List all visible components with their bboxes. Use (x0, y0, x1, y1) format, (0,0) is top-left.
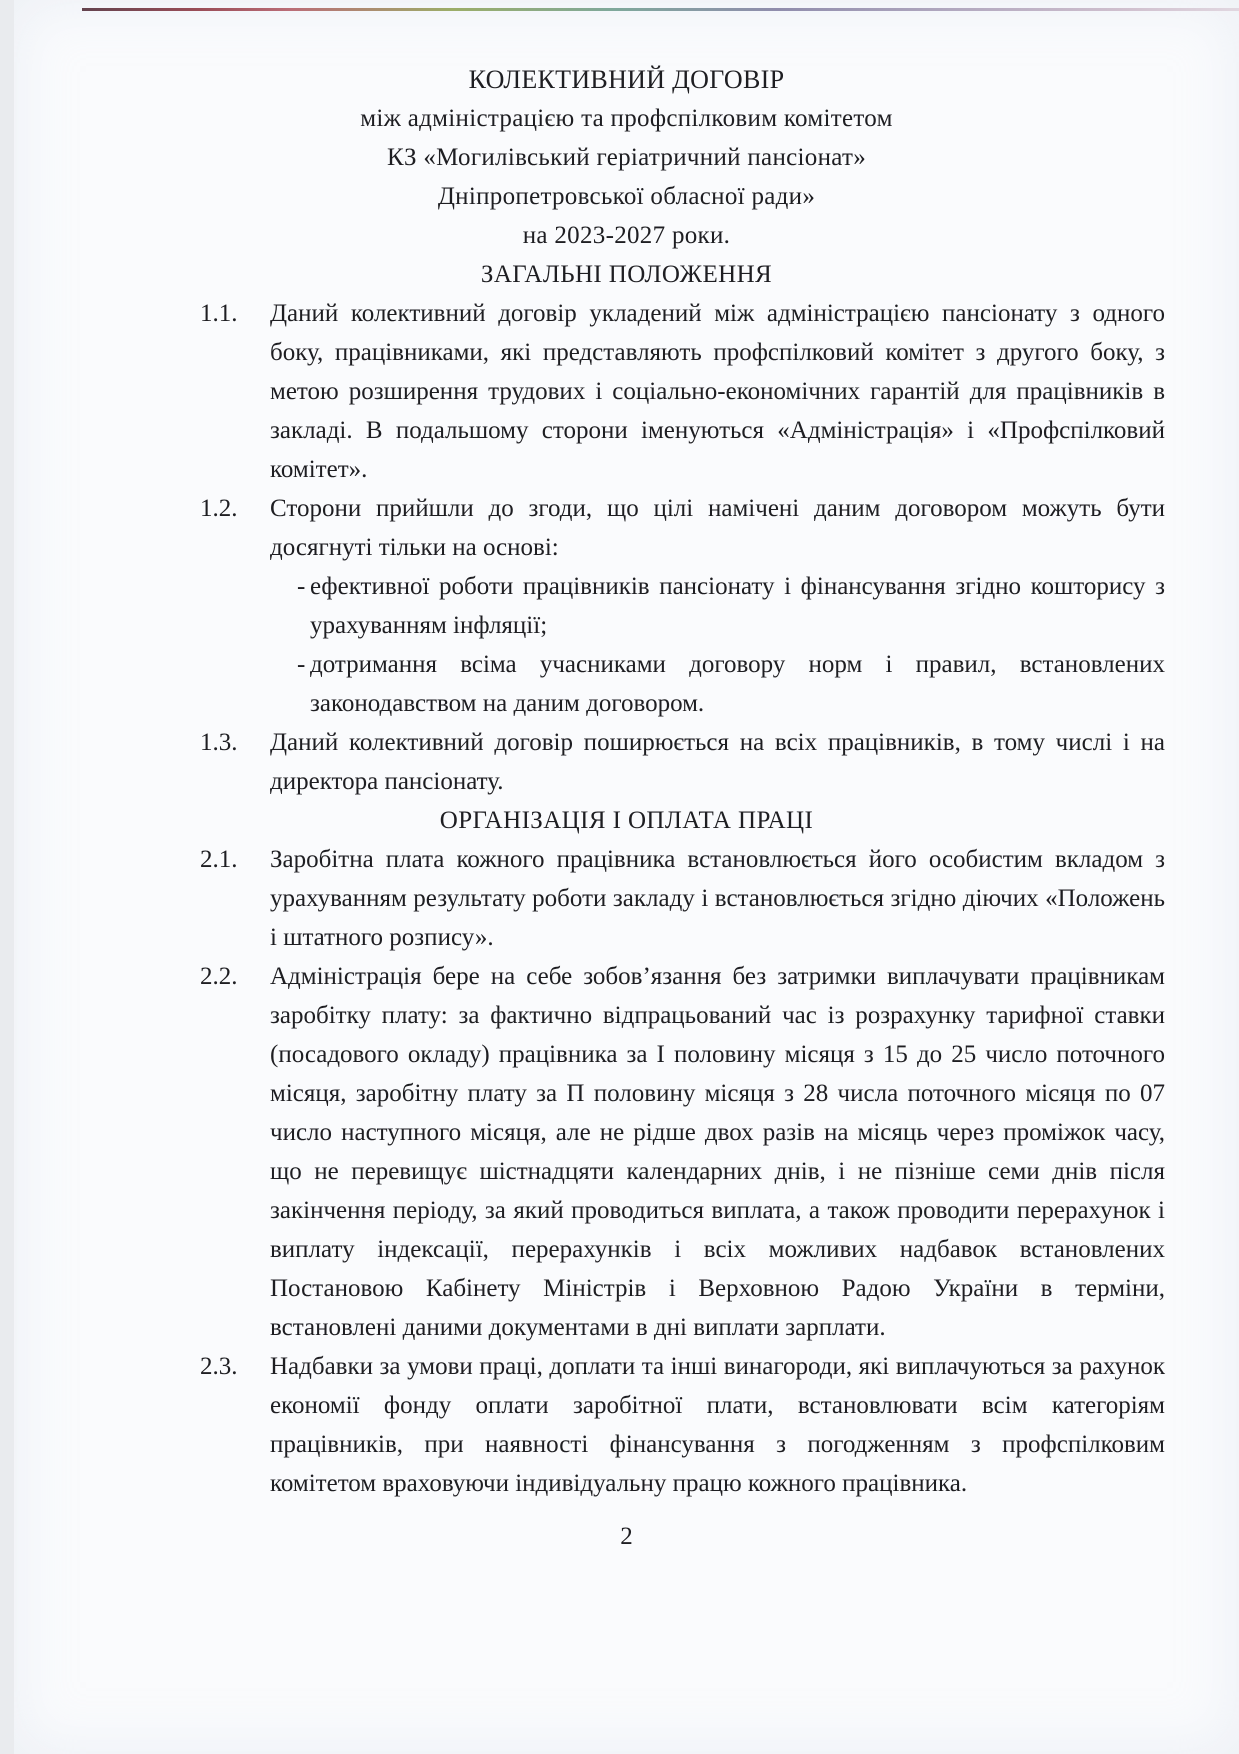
clause-item: 1.1. Даний колективний договір укладений… (14, 294, 1239, 489)
section-heading-organization-pay: ОРГАНІЗАЦІЯ І ОПЛАТА ПРАЦІ (14, 801, 1239, 840)
section-heading-general-provisions: ЗАГАЛЬНІ ПОЛОЖЕННЯ (14, 255, 1239, 294)
clause-text: Заробітна плата кожного працівника встан… (270, 840, 1165, 957)
clause-text: Адміністрація бере на себе зобов’язання … (270, 957, 1165, 1347)
clause-item: 2.2. Адміністрація бере на себе зобов’яз… (14, 957, 1239, 1347)
clause-text: Даний колективний договір укладений між … (270, 294, 1165, 489)
document-subtitle-line: Дніпропетровської обласної ради» (14, 177, 1239, 216)
clause-text: Надбавки за умови праці, доплати та інші… (270, 1347, 1165, 1503)
bullet-text: дотримання всіма учасниками договору нор… (310, 645, 1165, 723)
page-number: 2 (14, 1517, 1239, 1556)
document-subtitle-line: КЗ «Могилівський геріатричний пансіонат» (14, 138, 1239, 177)
clause-item: 1.3. Даний колективний договір поширюєть… (14, 723, 1239, 801)
clause-text: Сторони прийшли до згоди, що цілі наміче… (270, 489, 1165, 567)
document-content: КОЛЕКТИВНИЙ ДОГОВІР між адміністрацією т… (14, 60, 1239, 1556)
bullet-text: ефективної роботи працівників пансіонату… (310, 567, 1165, 645)
scan-edge-artifact (82, 8, 1239, 11)
document-title: КОЛЕКТИВНИЙ ДОГОВІР (14, 60, 1239, 99)
bullet-dash: - (270, 567, 310, 606)
clause-number: 2.1. (200, 840, 270, 879)
clause-number: 2.2. (200, 957, 270, 996)
clause-item: 2.3. Надбавки за умови праці, доплати та… (14, 1347, 1239, 1503)
clause-number: 2.3. (200, 1347, 270, 1386)
document-subtitle-line: між адміністрацією та профспілковим комі… (14, 99, 1239, 138)
clause-number: 1.2. (200, 489, 270, 528)
clause-item: 1.2. Сторони прийшли до згоди, що цілі н… (14, 489, 1239, 723)
document-subtitle-line: на 2023-2027 роки. (14, 216, 1239, 255)
bullet-item: - ефективної роботи працівників пансіона… (270, 567, 1165, 645)
bullet-dash: - (270, 645, 310, 684)
clause-item: 2.1. Заробітна плата кожного працівника … (14, 840, 1239, 957)
clause-text: Даний колективний договір поширюється на… (270, 723, 1165, 801)
clause-number: 1.3. (200, 723, 270, 762)
clause-body: Сторони прийшли до згоди, що цілі наміче… (270, 489, 1165, 723)
clause-number: 1.1. (200, 294, 270, 333)
scanned-page-sheet: КОЛЕКТИВНИЙ ДОГОВІР між адміністрацією т… (14, 0, 1239, 1754)
bullet-item: - дотримання всіма учасниками договору н… (270, 645, 1165, 723)
